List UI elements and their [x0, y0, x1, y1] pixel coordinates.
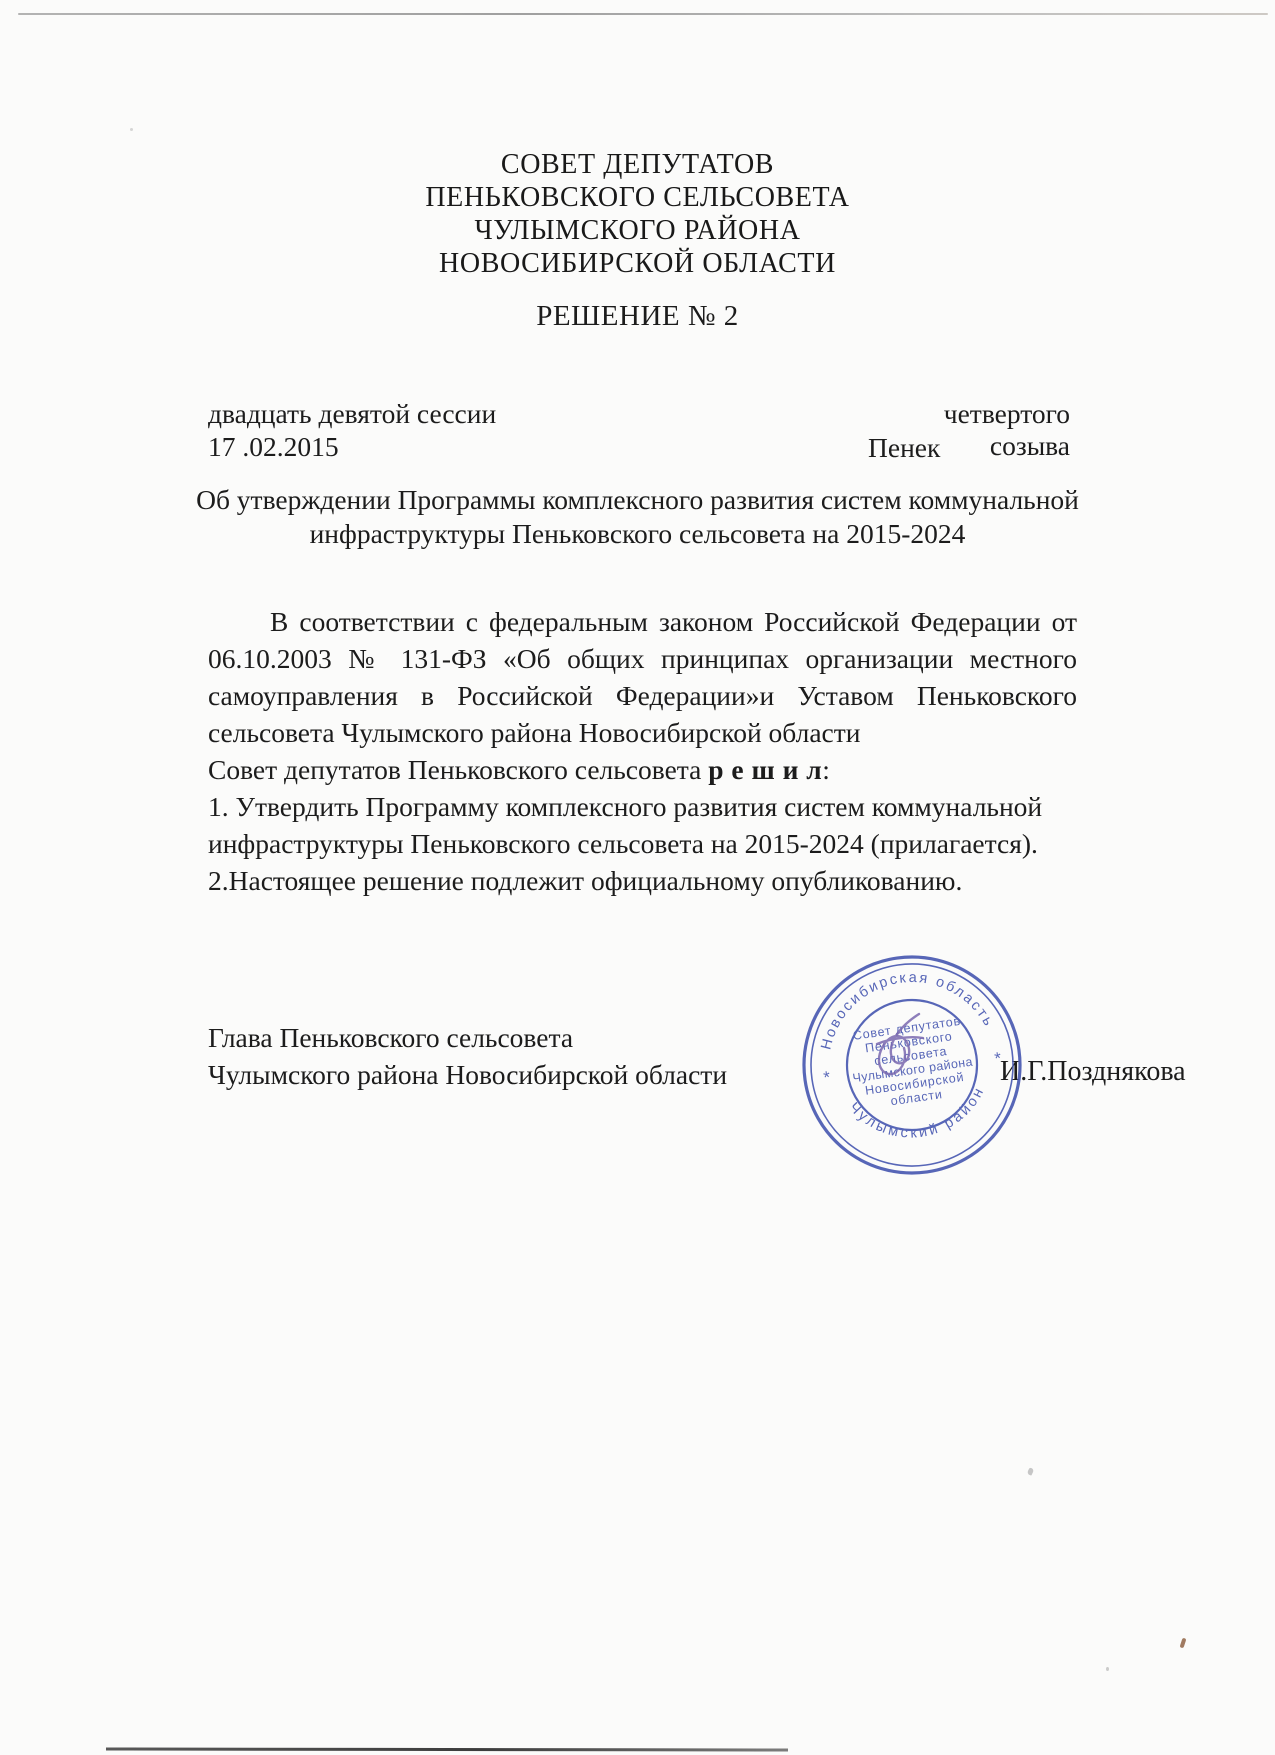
session-place: Пенек	[868, 432, 940, 464]
signatory-name: И.Г.Позднякова	[1000, 1056, 1186, 1088]
item-1-line-2: инфраструктуры Пеньковского сельсовета н…	[208, 825, 1077, 862]
session-number: двадцать девятой сессии	[208, 398, 496, 430]
body-line-1: В соответствии с федеральным законом Рос…	[208, 603, 1077, 640]
subject-line-1: Об утверждении Программы комплексного ра…	[100, 483, 1175, 517]
signatory-title-line-1: Глава Пеньковского сельсовета	[208, 1022, 573, 1054]
resolve-prefix: Совет депутатов Пеньковского сельсовета	[208, 754, 708, 785]
subject-line-2: инфраструктуры Пеньковского сельсовета н…	[100, 517, 1175, 551]
scan-edge-line-top	[18, 13, 1268, 15]
scan-speck	[1027, 1467, 1034, 1475]
decision-body: В соответствии с федеральным законом Рос…	[208, 603, 1077, 899]
scan-speck	[130, 128, 133, 131]
stamp-center-text: Совет депутатов Пеньковского сельсовета …	[846, 1013, 978, 1113]
resolve-line: Совет депутатов Пеньковского сельсовета …	[208, 751, 1077, 788]
body-line-2: 06.10.2003 № 131-ФЗ «Об общих принципах …	[208, 640, 1077, 677]
session-date: 17 .02.2015	[208, 431, 339, 463]
stamp-star-right: *	[993, 1049, 1003, 1069]
org-line-2: ПЕНЬКОВСКОГО СЕЛЬСОВЕТА	[0, 181, 1275, 214]
org-line-4: НОВОСИБИРСКОЙ ОБЛАСТИ	[0, 247, 1275, 280]
stamp-star-left: *	[822, 1068, 832, 1088]
org-line-3: ЧУЛЫМСКОГО РАЙОНА	[0, 214, 1275, 247]
signatory-title-line-2: Чулымского района Новосибирской области	[208, 1059, 727, 1091]
scan-speck	[1180, 1638, 1187, 1649]
resolve-colon: :	[822, 754, 830, 785]
scan-edge-line-bottom	[106, 1748, 788, 1752]
item-1-line-1: 1. Утвердить Программу комплексного разв…	[208, 788, 1077, 825]
item-2: 2.Настоящее решение подлежит официальном…	[208, 862, 1077, 899]
decision-title: РЕШЕНИЕ № 2	[0, 300, 1275, 332]
org-header: СОВЕТ ДЕПУТАТОВ ПЕНЬКОВСКОГО СЕЛЬСОВЕТА …	[0, 148, 1275, 280]
body-line-3: самоуправления в Российской Федерации»и …	[208, 677, 1077, 714]
decision-subject: Об утверждении Программы комплексного ра…	[100, 483, 1175, 550]
body-line-4: сельсовета Чулымского района Новосибирск…	[208, 714, 1077, 751]
scanned-document-page: { "document": { "org_lines": [ "СОВЕТ ДЕ…	[0, 0, 1275, 1755]
scan-speck	[1106, 1667, 1109, 1671]
resolve-word: р е ш и л	[708, 754, 822, 785]
official-round-stamp: Новосибирская область Чулымский район * …	[799, 952, 1025, 1178]
org-line-1: СОВЕТ ДЕПУТАТОВ	[0, 148, 1275, 181]
